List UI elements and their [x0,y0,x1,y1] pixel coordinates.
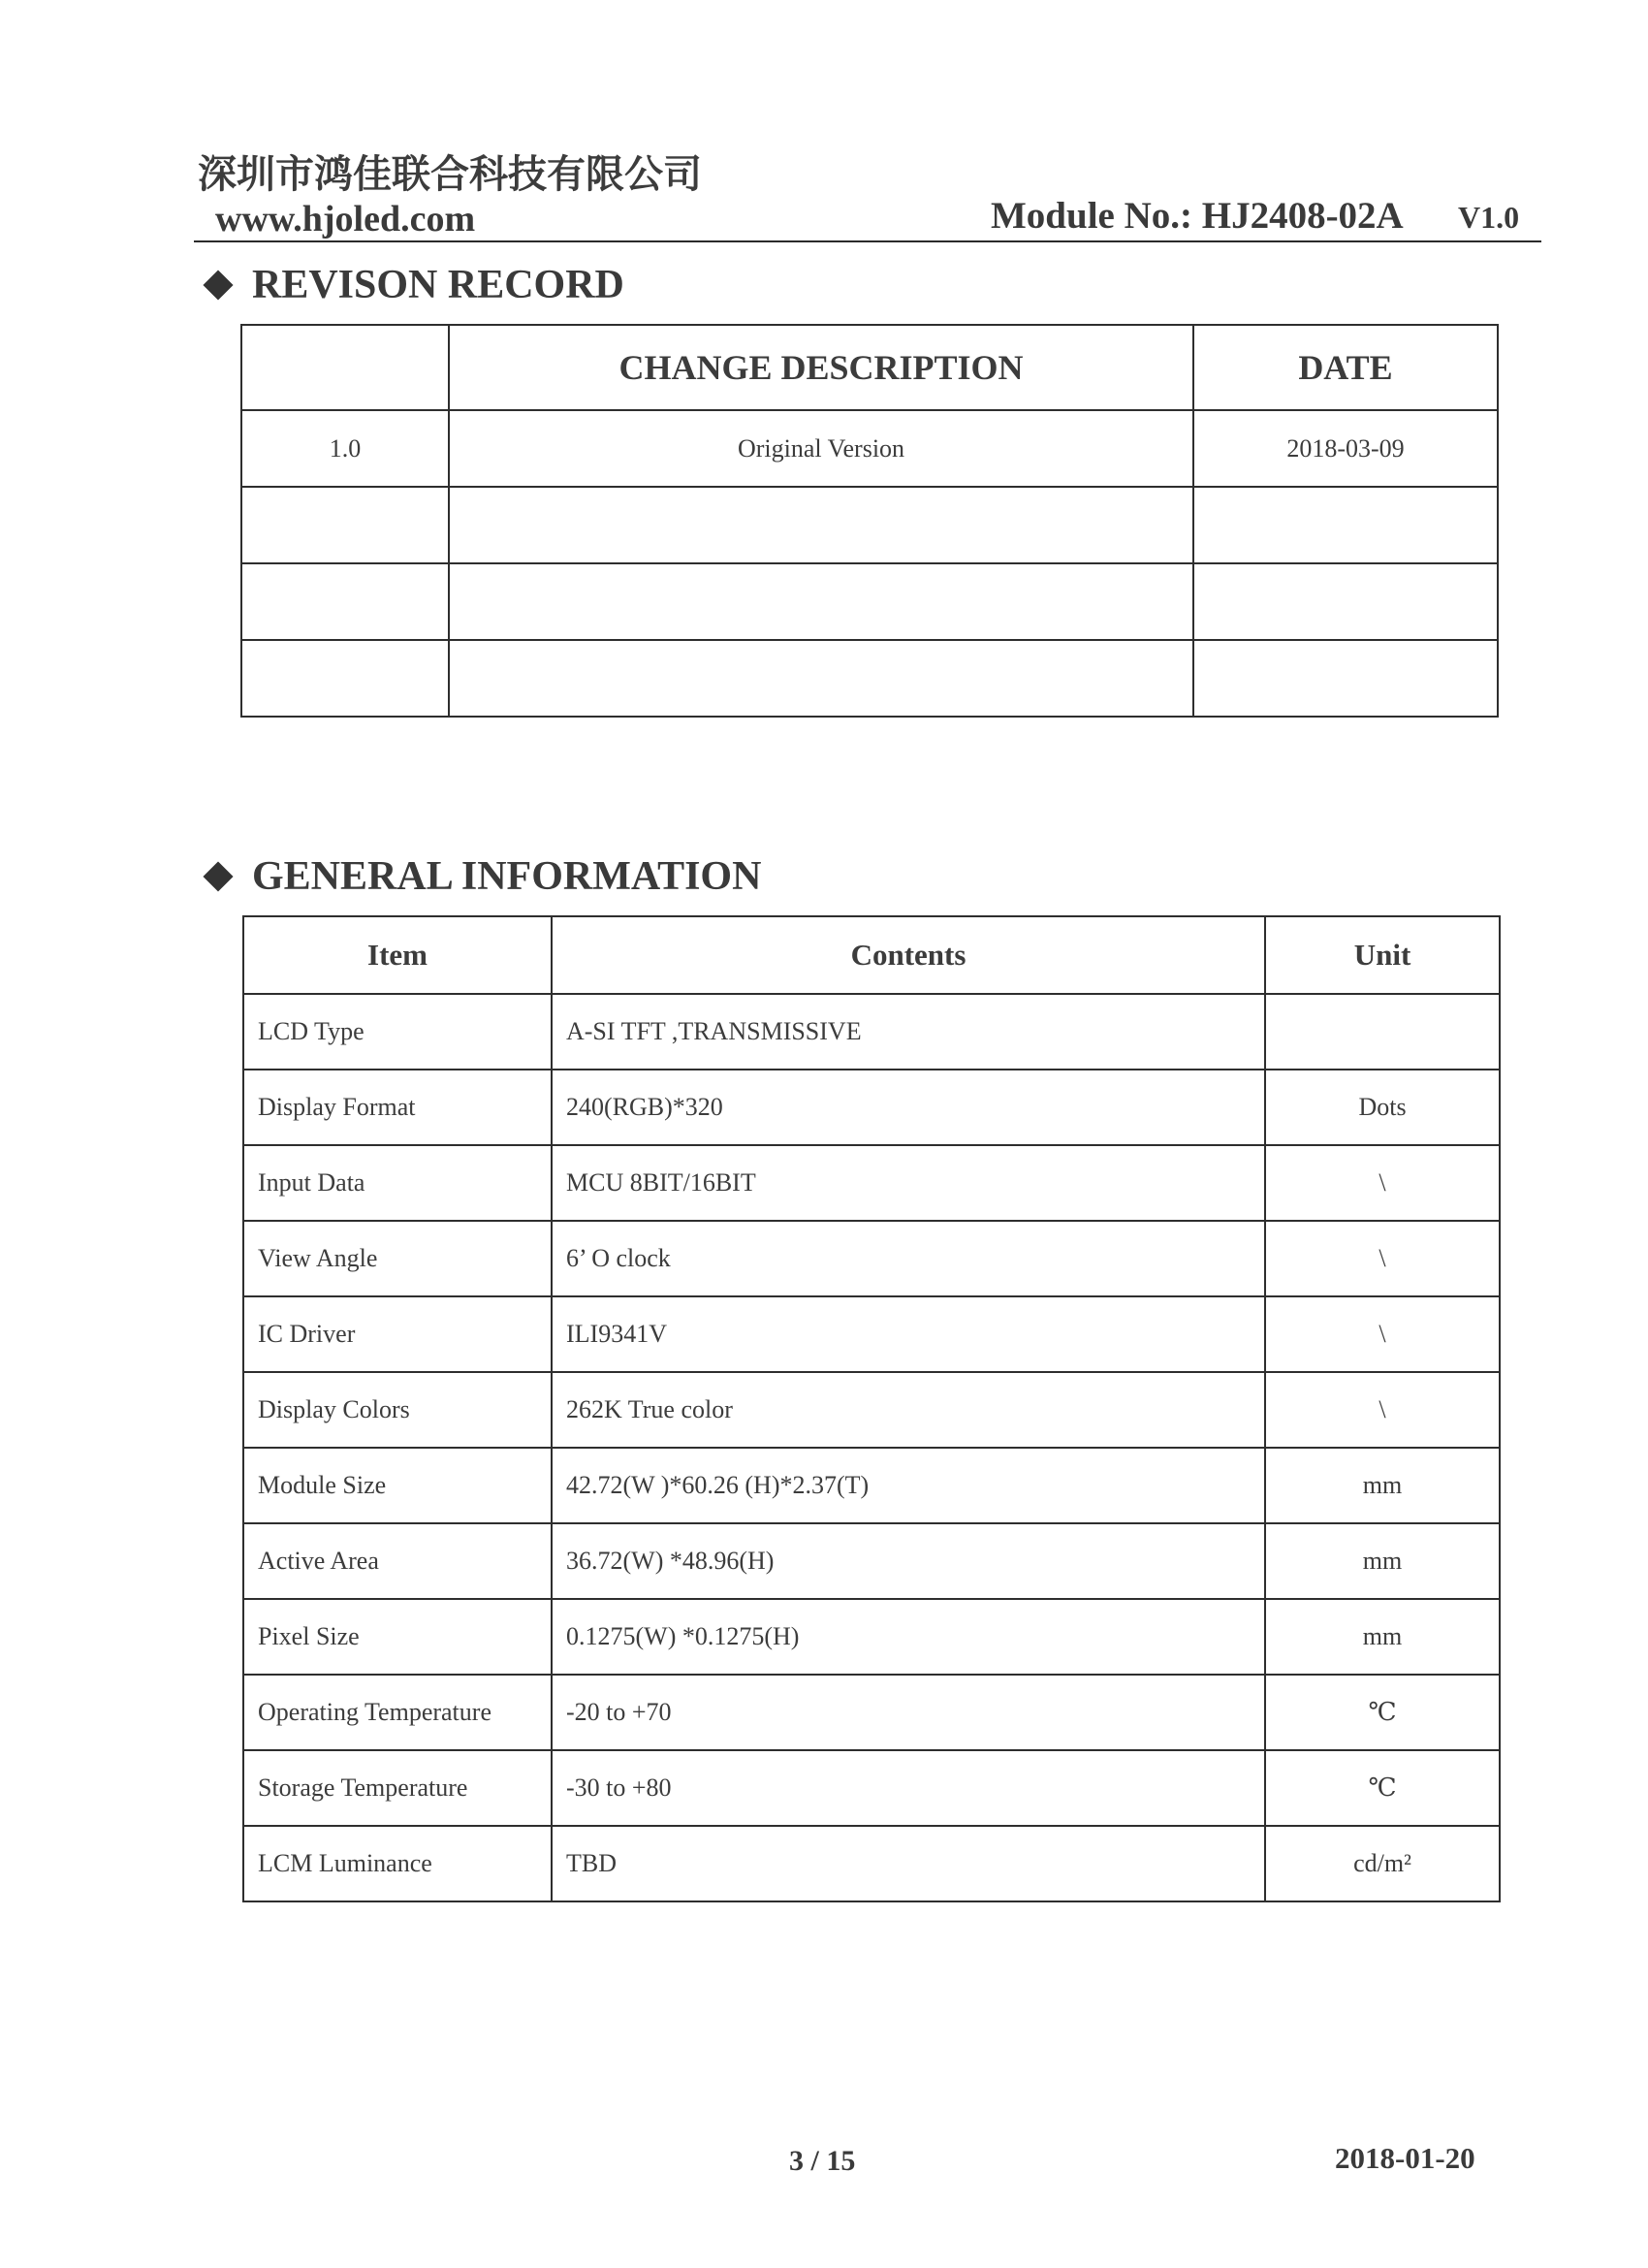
cell-date [1193,487,1498,563]
cell-version [241,563,449,640]
general-information-title: GENERAL INFORMATION [252,853,761,900]
cell-contents: 0.1275(W) *0.1275(H) [552,1599,1265,1675]
cell-change-description [449,640,1193,717]
cell-item: Display Format [243,1070,552,1145]
cell-item: View Angle [243,1221,552,1296]
cell-change-description: Original Version [449,410,1193,487]
company-website: www.hjoled.com [215,198,475,240]
table-row: Display Colors262K True color\ [243,1372,1500,1448]
cell-date [1193,640,1498,717]
cell-contents: 36.72(W) *48.96(H) [552,1523,1265,1599]
table-row: LCM LuminanceTBDcd/m² [243,1826,1500,1901]
revision-record-title: REVISON RECORD [252,262,624,308]
cell-unit: mm [1265,1599,1500,1675]
column-header-contents: Contents [552,916,1265,994]
cell-unit: \ [1265,1221,1500,1296]
cell-item: Active Area [243,1523,552,1599]
general-information-table: Item Contents Unit LCD TypeA-SI TFT ,TRA… [242,915,1501,1902]
cell-contents: A-SI TFT ,TRANSMISSIVE [552,994,1265,1070]
cell-item: Operating Temperature [243,1675,552,1750]
cell-unit: \ [1265,1372,1500,1448]
column-header-change-description: CHANGE DESCRIPTION [449,325,1193,410]
cell-change-description [449,487,1193,563]
cell-contents: -30 to +80 [552,1750,1265,1826]
cell-unit: \ [1265,1296,1500,1372]
column-header-item: Item [243,916,552,994]
cell-contents: 240(RGB)*320 [552,1070,1265,1145]
column-header-date: DATE [1193,325,1498,410]
cell-contents: -20 to +70 [552,1675,1265,1750]
cell-unit: ℃ [1265,1750,1500,1826]
cell-unit [1265,994,1500,1070]
table-row: Pixel Size0.1275(W) *0.1275(H)mm [243,1599,1500,1675]
table-row: View Angle6’ O clock\ [243,1221,1500,1296]
document-version: V1.0 [1458,200,1519,236]
table-header-row: CHANGE DESCRIPTION DATE [241,325,1498,410]
module-number: Module No.: HJ2408-02A [991,194,1404,238]
cell-contents: 6’ O clock [552,1221,1265,1296]
cell-contents: ILI9341V [552,1296,1265,1372]
revision-record-heading: REVISON RECORD [202,262,624,308]
column-header-version [241,325,449,410]
cell-version: 1.0 [241,410,449,487]
cell-item: LCD Type [243,994,552,1070]
cell-item: Pixel Size [243,1599,552,1675]
cell-item: Display Colors [243,1372,552,1448]
table-row [241,487,1498,563]
cell-date: 2018-03-09 [1193,410,1498,487]
table-row: Active Area36.72(W) *48.96(H)mm [243,1523,1500,1599]
cell-item: Storage Temperature [243,1750,552,1826]
cell-contents: 262K True color [552,1372,1265,1448]
table-header-row: Item Contents Unit [243,916,1500,994]
header-divider [194,240,1541,242]
cell-unit: mm [1265,1523,1500,1599]
footer-date: 2018-01-20 [1335,2141,1475,2176]
cell-contents: 42.72(W )*60.26 (H)*2.37(T) [552,1448,1265,1523]
table-row [241,640,1498,717]
company-name: 深圳市鸿佳联合科技有限公司 [198,144,702,199]
cell-change-description [449,563,1193,640]
cell-item: Module Size [243,1448,552,1523]
table-row: LCD TypeA-SI TFT ,TRANSMISSIVE [243,994,1500,1070]
cell-contents: MCU 8BIT/16BIT [552,1145,1265,1221]
cell-item: LCM Luminance [243,1826,552,1901]
table-row: IC DriverILI9341V\ [243,1296,1500,1372]
cell-unit: Dots [1265,1070,1500,1145]
general-information-heading: GENERAL INFORMATION [202,853,761,900]
cell-item: IC Driver [243,1296,552,1372]
cell-version [241,487,449,563]
table-row [241,563,1498,640]
cell-unit: mm [1265,1448,1500,1523]
cell-unit: ℃ [1265,1675,1500,1750]
diamond-bullet-icon [203,861,233,891]
table-row: 1.0Original Version2018-03-09 [241,410,1498,487]
cell-unit: \ [1265,1145,1500,1221]
cell-contents: TBD [552,1826,1265,1901]
cell-item: Input Data [243,1145,552,1221]
table-row: Module Size42.72(W )*60.26 (H)*2.37(T)mm [243,1448,1500,1523]
cell-version [241,640,449,717]
table-row: Storage Temperature-30 to +80℃ [243,1750,1500,1826]
revision-record-table: CHANGE DESCRIPTION DATE 1.0Original Vers… [240,324,1499,718]
column-header-unit: Unit [1265,916,1500,994]
table-row: Display Format240(RGB)*320Dots [243,1070,1500,1145]
cell-unit: cd/m² [1265,1826,1500,1901]
cell-date [1193,563,1498,640]
table-row: Input DataMCU 8BIT/16BIT\ [243,1145,1500,1221]
page-number: 3 / 15 [789,2145,855,2178]
diamond-bullet-icon [203,270,233,300]
table-row: Operating Temperature-20 to +70℃ [243,1675,1500,1750]
